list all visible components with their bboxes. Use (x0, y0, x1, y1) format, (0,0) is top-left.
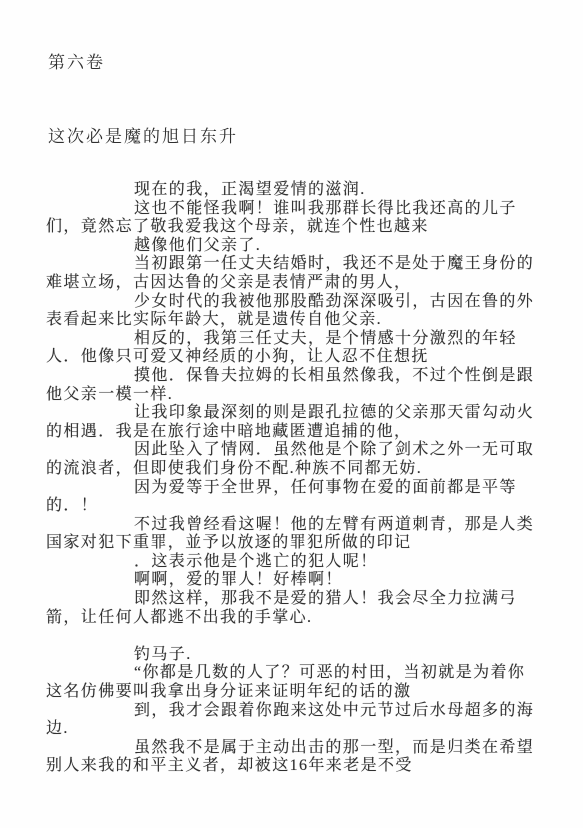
text-line: 到，我才会跟着你跑来这处中元节过后水母超多的海 (46, 702, 551, 721)
text-line: 的流浪者，但即使我们身份不配.种族不同都无妨. (46, 460, 551, 479)
text-line: 因此坠入了情网．虽然他是个除了剑术之外一无可取 (46, 441, 551, 460)
text-line: 的相遇．我是在旅行途中暗地藏匿遭追捕的他， (46, 423, 551, 442)
text-line: 让我印象最深刻的则是跟孔拉德的父亲那天雷勾动火 (46, 404, 551, 423)
text-line: 当初跟第一任丈夫结婚时，我还不是处于魔王身份的 (46, 255, 551, 274)
text-line: 虽然我不是属于主动出击的那一型，而是归类在希望 (46, 739, 551, 758)
text-line: 少女时代的我被他那股酷劲深深吸引，古因在鲁的外 (46, 293, 551, 312)
text-line: 难堪立场，古因达鲁的父亲是表情严肃的男人， (46, 274, 551, 293)
chapter-title: 这次必是魔的旭日东升 (48, 122, 238, 147)
document-page: 第六卷 这次必是魔的旭日东升 现在的我，正渴望爱情的滋润.这也不能怪我啊！谁叫我… (0, 0, 583, 828)
text-line: 的．！ (46, 497, 551, 516)
text-line: 别人来我的和平主义者，却被这16年来老是不受 (46, 757, 551, 776)
text-line: 即然这样，那我不是爱的猎人！我会尽全力拉满弓 (46, 590, 551, 609)
text-line: 钓马子. (46, 646, 551, 665)
text-line: 这名仿佛要叫我拿出身分证来证明年纪的话的激 (46, 683, 551, 702)
text-line: 边. (46, 720, 551, 739)
text-line: 这也不能怪我啊！谁叫我那群长得比我还高的儿子 (46, 200, 551, 219)
text-line: 啊啊，爱的罪人！好棒啊！ (46, 571, 551, 590)
body-text: 现在的我，正渴望爱情的滋润.这也不能怪我啊！谁叫我那群长得比我还高的儿子们，竟然… (46, 181, 551, 776)
text-line: 表看起来比实际年龄大，就是遗传自他父亲. (46, 311, 551, 330)
text-line: 他父亲一模一样. (46, 386, 551, 405)
text-line: 相反的，我第三任丈夫，是个情感十分激烈的年轻 (46, 330, 551, 349)
text-line: 现在的我，正渴望爱情的滋润. (46, 181, 551, 200)
text-line: 国家对犯下重罪，並予以放逐的罪犯所做的印记 (46, 534, 551, 553)
text-line: “你都是几数的人了？可恶的村田，当初就是为着你 (46, 664, 551, 683)
volume-title: 第六卷 (48, 48, 105, 73)
text-line: 箭，让任何人都逃不出我的手掌心. (46, 609, 551, 628)
text-line: 们，竟然忘了敬我爱我这个母亲，就连个性也越来 (46, 218, 551, 237)
text-line: 摸他．保鲁夫拉姆的长相虽然像我，不过个性倒是跟 (46, 367, 551, 386)
text-line: 不过我曾经看这喔！他的左臂有两道刺青，那是人类 (46, 516, 551, 535)
text-line: 人．他像只可爱又神经质的小狗，让人忍不住想抚 (46, 348, 551, 367)
text-line: 因为爱等于全世界，任何事物在爱的面前都是平等 (46, 479, 551, 498)
blank-line (46, 627, 551, 646)
text-line: ．这表示他是个逃亡的犯人呢！ (46, 553, 551, 572)
text-line: 越像他们父亲了. (46, 237, 551, 256)
